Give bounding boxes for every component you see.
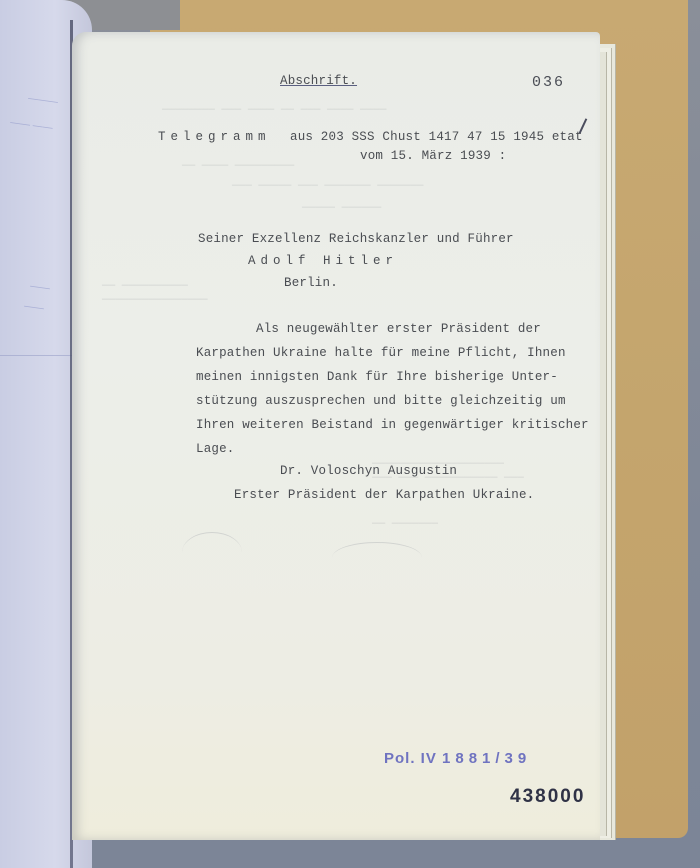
ghost-signature [182, 532, 242, 573]
pol-stamp-number: 1881/39 [442, 750, 531, 767]
document-heading: Abschrift. [280, 74, 357, 88]
body-line: stützung auszusprechen und bitte gleichz… [196, 394, 566, 408]
ghost-text: ——— ————— ——— ——————— ——————— [232, 180, 423, 192]
ghost-signature [332, 542, 422, 573]
bleed-through-rule [0, 355, 72, 356]
document-page: ———————— ——— ———— —— ——— ———— ———— —— ——… [72, 32, 600, 840]
body-line: Als neugewählter erster Präsident der [256, 322, 541, 336]
addressee-city: Berlin. [284, 276, 338, 290]
ghost-text: ————— —————— [302, 202, 381, 214]
archive-number-stamp: 438000 [510, 786, 585, 808]
body-line: Lage. [196, 442, 235, 456]
ghost-text: ———————————————— [102, 294, 208, 306]
addressee-name: Adolf Hitler [248, 254, 398, 268]
telegram-label: Telegramm [158, 130, 271, 144]
bleed-through-text: —— [23, 301, 44, 315]
pol-stamp: Pol. IV 1881/39 [384, 750, 531, 767]
ghost-text: ———————— ——— ———— —— ——— ———— ———— [162, 104, 386, 116]
body-line: Karpathen Ukraine halte für meine Pflich… [196, 346, 566, 360]
body-line: Ihren weiteren Beistand in gegenwärtiger… [196, 418, 589, 432]
ghost-text: —— ———— ————————— [182, 160, 294, 172]
body-line: meinen innigsten Dank für Ihre bisherige… [196, 370, 558, 384]
signature-name: Dr. Voloschyn Ausgustin [280, 464, 457, 478]
bleed-through-text: —— [29, 281, 50, 295]
page-number: 036 [532, 74, 565, 91]
ghost-text: —— —————————— [102, 280, 188, 292]
bleed-through-text: —— —— [9, 117, 53, 134]
bleed-through-text: ——— [27, 93, 58, 108]
telegram-header-line: aus 203 SSS Chust 1417 47 15 1945 etat [290, 130, 583, 144]
ghost-text: —— ——————— [372, 518, 438, 530]
telegram-date: vom 15. März 1939 : [360, 149, 506, 163]
signature-title: Erster Präsident der Karpathen Ukraine. [234, 488, 534, 502]
pol-stamp-prefix: Pol. IV [384, 750, 437, 767]
addressee-title: Seiner Exzellenz Reichskanzler und Führe… [198, 232, 514, 246]
